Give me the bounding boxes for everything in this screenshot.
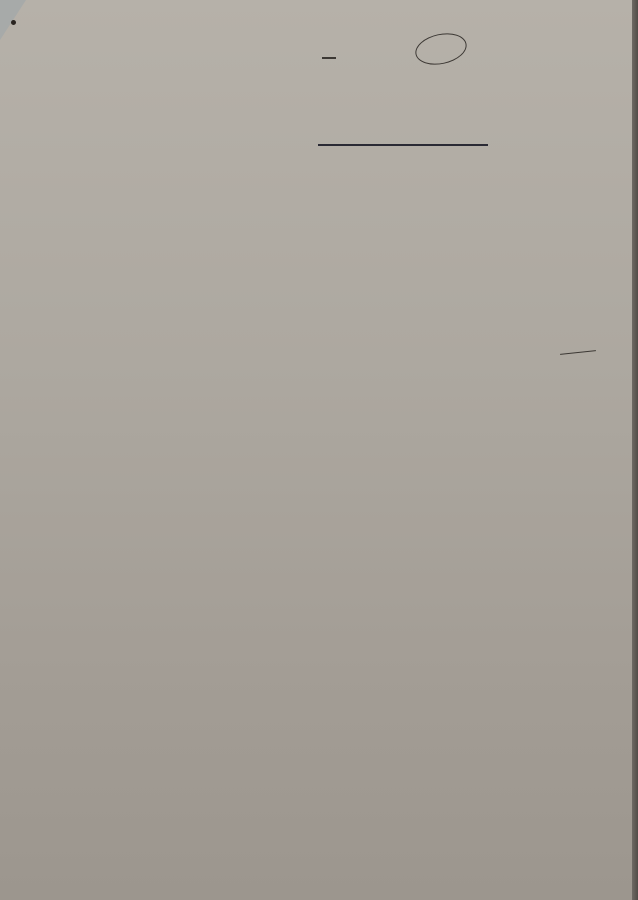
staple-hole [11,20,16,25]
strike-through-line [318,144,488,146]
circled-number [412,29,469,69]
handwritten-mark [560,350,596,355]
page-edge-shadow [632,0,638,900]
handwritten-dash [322,57,336,59]
